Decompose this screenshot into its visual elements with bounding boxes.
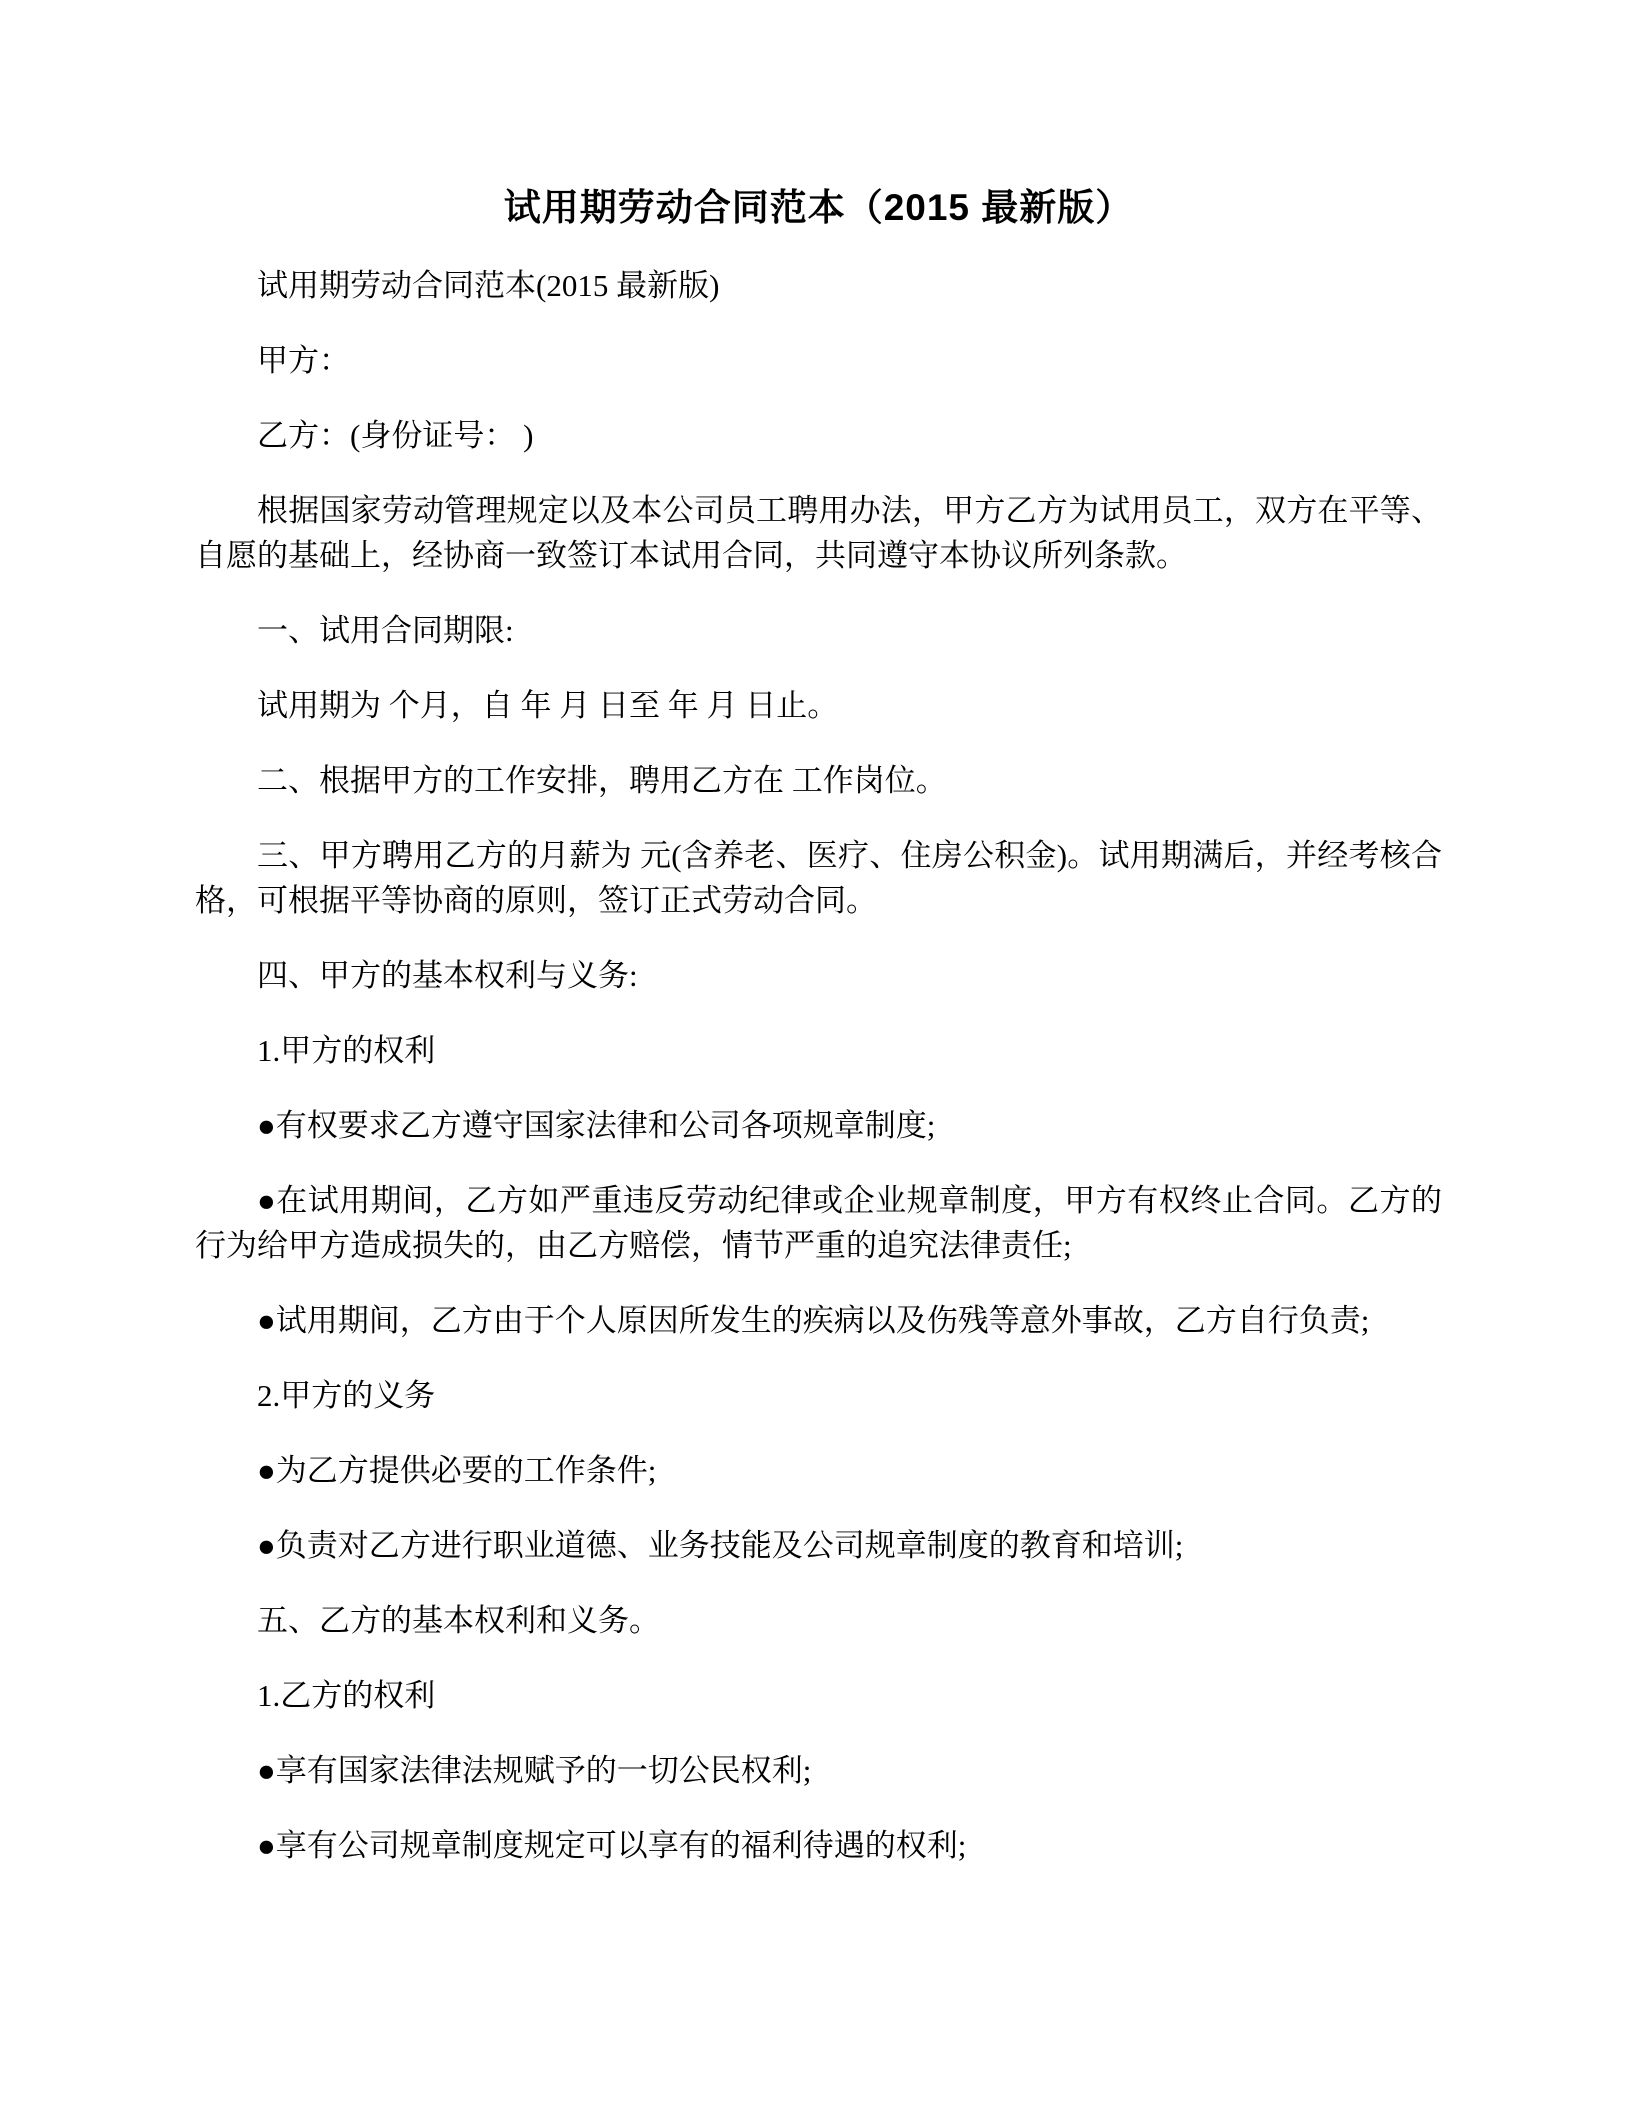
- paragraph: 1.甲方的权利: [195, 1028, 1442, 1073]
- paragraph: 一、试用合同期限:: [195, 608, 1442, 653]
- paragraph: 试用期劳动合同范本(2015 最新版): [195, 263, 1442, 308]
- paragraph: ●享有国家法律法规赋予的一切公民权利;: [195, 1748, 1442, 1793]
- paragraph: 试用期为 个月，自 年 月 日至 年 月 日止。: [195, 683, 1442, 728]
- paragraph: 1.乙方的权利: [195, 1673, 1442, 1718]
- paragraph: 五、乙方的基本权利和义务。: [195, 1598, 1442, 1643]
- document-title: 试用期劳动合同范本（2015 最新版）: [195, 183, 1442, 233]
- paragraph: 甲方：: [195, 338, 1442, 383]
- paragraph: ●享有公司规章制度规定可以享有的福利待遇的权利;: [195, 1823, 1442, 1868]
- paragraph: 二、根据甲方的工作安排，聘用乙方在 工作岗位。: [195, 758, 1442, 803]
- paragraph: 三、甲方聘用乙方的月薪为 元(含养老、医疗、住房公积金)。试用期满后，并经考核合…: [195, 833, 1442, 923]
- paragraph: 四、甲方的基本权利与义务:: [195, 953, 1442, 998]
- paragraph: ●负责对乙方进行职业道德、业务技能及公司规章制度的教育和培训;: [195, 1523, 1442, 1568]
- paragraph: ●在试用期间，乙方如严重违反劳动纪律或企业规章制度，甲方有权终止合同。乙方的行为…: [195, 1178, 1442, 1268]
- paragraph: ●有权要求乙方遵守国家法律和公司各项规章制度;: [195, 1103, 1442, 1148]
- document-page: 试用期劳动合同范本（2015 最新版） 试用期劳动合同范本(2015 最新版)甲…: [0, 0, 1632, 2112]
- paragraph: 2.甲方的义务: [195, 1373, 1442, 1418]
- paragraph: ●为乙方提供必要的工作条件;: [195, 1448, 1442, 1493]
- paragraph: ●试用期间，乙方由于个人原因所发生的疾病以及伤残等意外事故，乙方自行负责;: [195, 1298, 1442, 1343]
- paragraph: 根据国家劳动管理规定以及本公司员工聘用办法，甲方乙方为试用员工，双方在平等、自愿…: [195, 488, 1442, 578]
- paragraph: 乙方：(身份证号： ): [195, 413, 1442, 458]
- document-body: 试用期劳动合同范本(2015 最新版)甲方：乙方：(身份证号： )根据国家劳动管…: [195, 263, 1442, 1868]
